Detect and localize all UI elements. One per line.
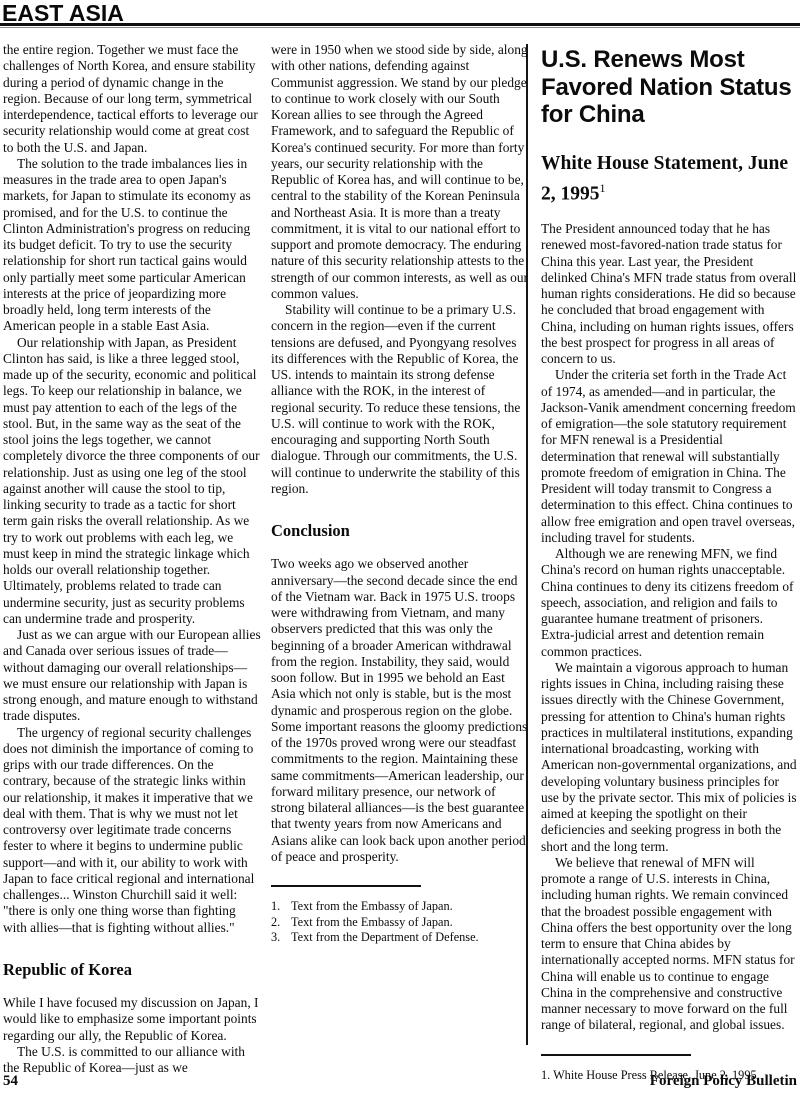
paragraph: Our relationship with Japan, as Presiden… [3, 335, 261, 628]
section-heading-conclusion: Conclusion [271, 523, 529, 539]
paragraph: While I have focused my discussion on Ja… [3, 995, 261, 1044]
section-heading-republic-of-korea: Republic of Korea [3, 962, 261, 978]
footnote-text: Text from the Embassy of Japan. [291, 915, 529, 931]
footnote-number: 2. [271, 915, 291, 931]
paragraph: Although we are renewing MFN, we find Ch… [541, 546, 797, 660]
footnote-marker: 1 [600, 181, 606, 195]
journal-title: Foreign Policy Bulletin [650, 1073, 797, 1090]
page-number: 54 [3, 1073, 18, 1090]
paragraph: The solution to the trade imbalances lie… [3, 156, 261, 335]
paragraph: the entire region. Together we must face… [3, 42, 261, 156]
paragraph: The urgency of regional security challen… [3, 725, 261, 936]
paragraph: We believe that renewal of MFN will prom… [541, 855, 797, 1034]
paragraph: The President announced today that he ha… [541, 221, 797, 367]
paragraph: Under the criteria set forth in the Trad… [541, 367, 797, 546]
paragraph: Two weeks ago we observed another annive… [271, 556, 529, 865]
text-column-1: the entire region. Together we must face… [3, 42, 261, 1076]
footnote-separator-rule [271, 885, 421, 887]
footnote-number: 3. [271, 930, 291, 946]
paragraph: The U.S. is committed to our alliance wi… [3, 1044, 261, 1077]
journal-page: EAST ASIA the entire region. Together we… [0, 0, 800, 1112]
footnote-item: 1. Text from the Embassy of Japan. [271, 899, 529, 915]
article-subtitle: White House Statement, June 2, 19951 [541, 152, 797, 207]
text-column-2: were in 1950 when we stood side by side,… [271, 42, 529, 946]
footnote-item: 3. Text from the Department of Defense. [271, 930, 529, 946]
masthead-rule [0, 23, 800, 26]
footnote-item: 2. Text from the Embassy of Japan. [271, 915, 529, 931]
masthead-rule-echo [0, 27, 800, 28]
footnote-separator-rule [541, 1054, 691, 1056]
footnote-text: Text from the Department of Defense. [291, 930, 529, 946]
paragraph: were in 1950 when we stood side by side,… [271, 42, 529, 302]
text-column-3: U.S. Renews Most Favored Nation Status f… [541, 42, 797, 1083]
footnote-list: 1. Text from the Embassy of Japan. 2. Te… [271, 899, 529, 946]
footnote-number: 1. [271, 899, 291, 915]
paragraph: Stability will continue to be a primary … [271, 302, 529, 497]
subtitle-text: White House Statement, June 2, 1995 [541, 153, 788, 205]
article-title: U.S. Renews Most Favored Nation Status f… [541, 46, 797, 129]
paragraph: Just as we can argue with our European a… [3, 627, 261, 725]
footnote-text: Text from the Embassy of Japan. [291, 899, 529, 915]
paragraph: We maintain a vigorous approach to human… [541, 660, 797, 855]
